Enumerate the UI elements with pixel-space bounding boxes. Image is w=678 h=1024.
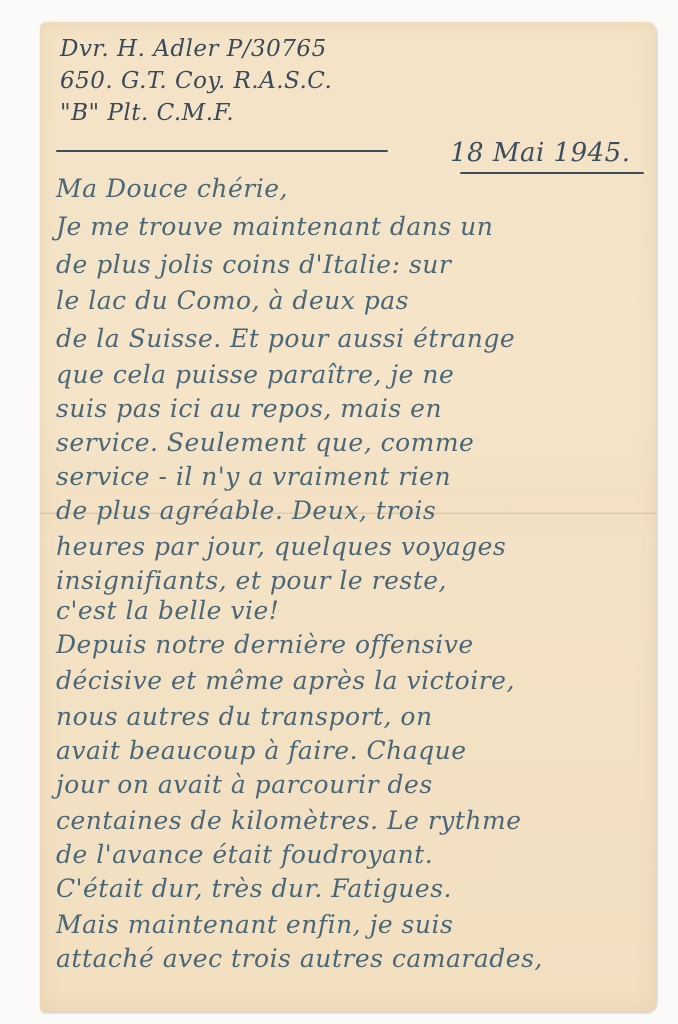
sender-line-3: "B" Plt. C.M.F. [60,100,234,126]
body-line: insignifiants, et pour le reste, [56,566,447,595]
body-line: Mais maintenant enfin, je suis [56,910,453,939]
body-line: Je me trouve maintenant dans un [56,212,493,241]
body-line: Depuis notre dernière offensive [56,630,474,659]
body-line: heures par jour, quelques voyages [56,532,506,561]
body-line: décisive et même après la victoire, [56,666,515,695]
body-line: service - il n'y a vraiment rien [56,462,451,491]
body-line: le lac du Como, à deux pas [56,286,409,315]
body-line: c'est la belle vie! [56,596,279,625]
sender-line-1: Dvr. H. Adler P/30765 [60,36,327,62]
body-line: service. Seulement que, comme [56,428,474,457]
letter-page: Dvr. H. Adler P/30765 650. G.T. Coy. R.A… [40,22,656,1012]
sender-line-2: 650. G.T. Coy. R.A.S.C. [60,68,332,94]
body-line: de l'avance était foudroyant. [56,840,433,869]
salutation: Ma Douce chérie, [56,174,288,203]
body-line: que cela puisse paraître, je ne [56,360,454,389]
body-line: attaché avec trois autres camarades, [56,944,543,973]
body-line: jour on avait à parcourir des [56,770,433,799]
body-line: suis pas ici au repos, mais en [56,394,442,423]
header-underline [56,150,388,152]
body-line: de plus agréable. Deux, trois [56,496,436,525]
body-line: avait beaucoup à faire. Chaque [56,736,467,765]
body-line: nous autres du transport, on [56,702,433,731]
body-line: C'était dur, très dur. Fatigues. [56,874,452,903]
body-line: de plus jolis coins d'Italie: sur [56,250,451,279]
body-line: de la Suisse. Et pour aussi étrange [56,324,515,353]
letter-date: 18 Mai 1945. [450,138,630,168]
body-line: centaines de kilomètres. Le rythme [56,806,522,835]
date-underline [460,172,644,174]
